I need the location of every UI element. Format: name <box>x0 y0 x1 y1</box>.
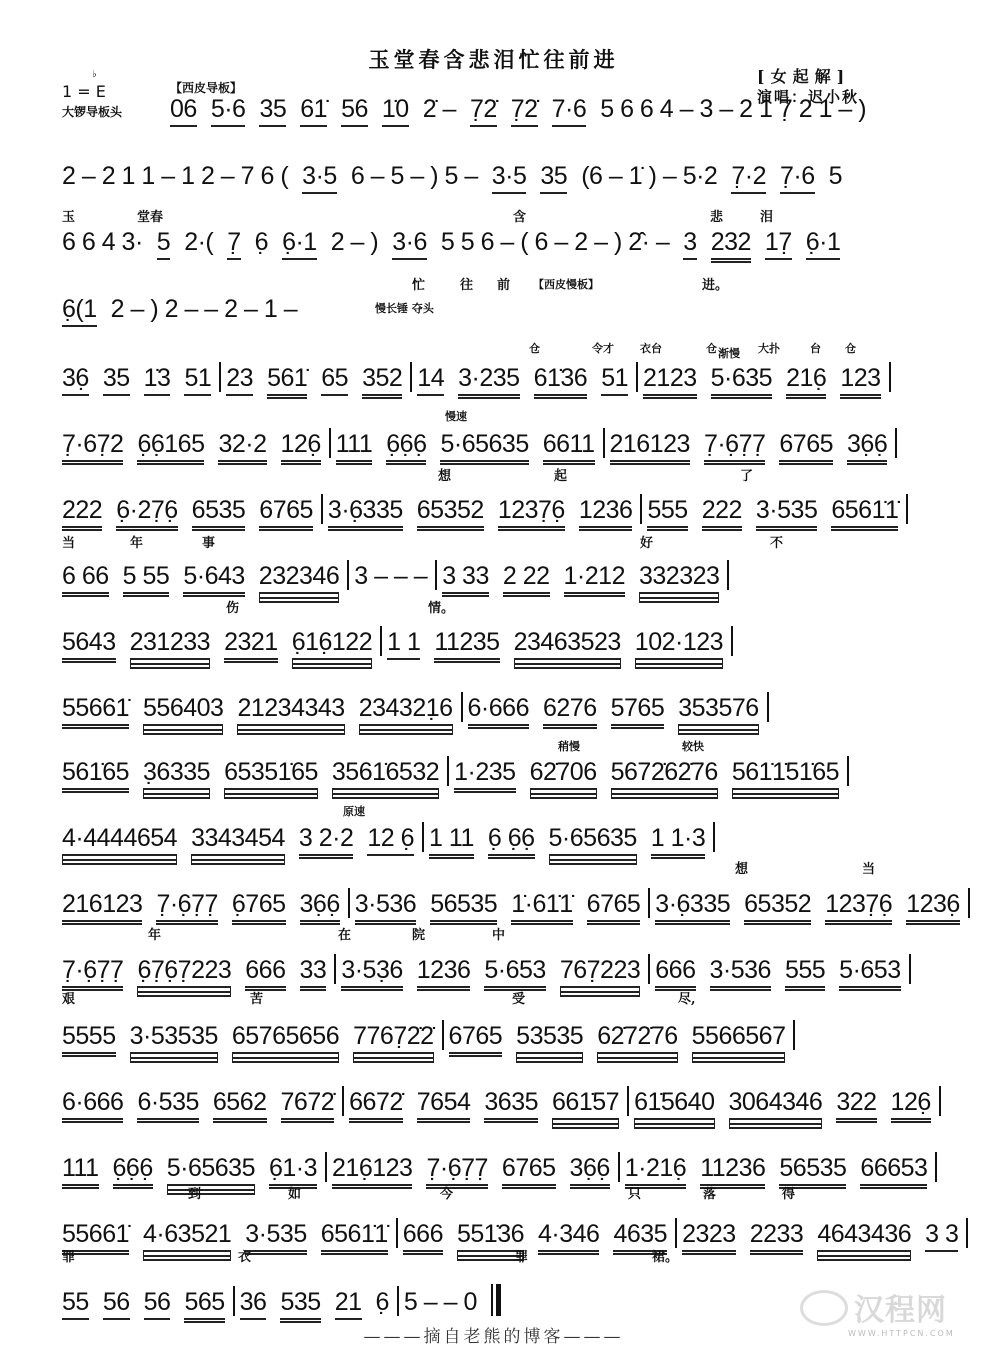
lyric-syllable: 悲 <box>710 206 723 225</box>
lyric-syllable: 得 <box>782 1183 795 1202</box>
note-group: 51 <box>184 364 211 396</box>
note-group: 6̣7̣6̣7̣223 <box>137 956 231 988</box>
note-group: 6 6 4 3· <box>62 228 143 257</box>
note-group: 6̣6̣6̣ <box>386 430 426 465</box>
note-group: 5 <box>157 228 170 260</box>
note-group: 62̇72̇76 <box>597 1022 677 1054</box>
bar-line <box>640 494 642 524</box>
note-group: 6̣·1 <box>282 228 317 260</box>
performance-mark: 较快 <box>682 738 704 754</box>
note-group: 232 <box>711 228 751 263</box>
note-group: 7̣2̇ <box>511 95 538 127</box>
note-group: 2 – 2 1 1 – 1 2 – 7 6 ( <box>62 162 288 191</box>
note-group: 1237̣6̣ <box>498 496 565 531</box>
lyric-syllable: 当 <box>62 532 75 551</box>
note-group: 1236 <box>579 496 633 531</box>
bar-line <box>909 954 911 984</box>
note-group: 2·( <box>184 228 213 257</box>
note-group: 551̇36 <box>457 1220 524 1252</box>
note-group: 5·643 <box>183 562 244 597</box>
note-group: 17̣ <box>765 228 792 260</box>
lyric-syllable: 含 <box>513 206 526 225</box>
watermark-logo-icon <box>800 1290 848 1326</box>
note-group: 3·5 <box>302 162 337 194</box>
lyric-syllable: 到 <box>188 1183 201 1202</box>
lyric-syllable: 玉 <box>62 206 75 225</box>
bar-line <box>347 560 349 590</box>
note-group: 66653 <box>860 1154 927 1189</box>
note-group: 4643436 <box>817 1220 911 1252</box>
note-group: 36̣ <box>62 364 89 396</box>
note-group: 6̣ <box>376 1288 389 1317</box>
lyric-syllable: 忙 <box>412 274 425 293</box>
bar-line <box>906 494 908 524</box>
note-group: 6561̇1̇ <box>321 1220 388 1255</box>
note-group: 5643 <box>62 628 116 663</box>
lyric-syllable: 院 <box>412 924 425 943</box>
note-group: 11235 <box>434 628 499 663</box>
note-group: 5555 <box>62 1022 116 1057</box>
lyric-syllable: 想 <box>735 858 748 877</box>
bar-line <box>321 494 323 524</box>
lyric-syllable: 落 <box>703 1183 716 1202</box>
note-group: 234321̣6 <box>359 694 453 726</box>
note-group: 23 <box>226 364 253 396</box>
lyric-syllable: 尽, <box>678 988 696 1007</box>
note-group: 126̣ <box>281 430 321 465</box>
note-group: 102·123 <box>635 628 723 660</box>
note-group: 61̇ <box>300 95 327 127</box>
note-group: 65352 <box>417 496 484 531</box>
bar-line <box>966 1218 968 1248</box>
lyric-syllable: 受 <box>512 988 525 1007</box>
bar-line <box>348 888 350 918</box>
note-group: 65765656 <box>232 1022 339 1054</box>
note-group: 62̇706 <box>530 758 597 790</box>
performance-mark: 衣台 <box>640 340 662 356</box>
note-group: 216̣ <box>786 364 826 399</box>
score-line: 6 665 555·6432323463 – – –3 332 221·2123… <box>62 560 734 597</box>
bar-line <box>442 1020 444 1050</box>
bar-line <box>219 362 221 392</box>
lyric-syllable: 罪 <box>62 1246 75 1265</box>
note-group: 3·6 <box>392 228 427 260</box>
note-group: 55 <box>62 1288 89 1320</box>
note-group: 6535 <box>192 496 246 531</box>
note-group: 666 <box>403 1220 443 1255</box>
note-group: 3 <box>683 228 696 260</box>
lyric-syllable: 年 <box>130 532 143 551</box>
note-group: 7̣2̇ <box>470 95 497 127</box>
note-group: 4·63521 <box>143 1220 231 1252</box>
note-group: 56 <box>103 1288 130 1320</box>
lyric-syllable: 只 <box>628 1183 641 1202</box>
bar-line <box>603 428 605 458</box>
bar-line <box>675 1218 677 1248</box>
note-group: 2323 <box>682 1220 736 1255</box>
score-line: 36̣351̇35123561̇65352143·23561̇365121235… <box>62 362 896 399</box>
note-group: 353576 <box>678 694 758 726</box>
lyric-syllable: 堂春 <box>137 206 163 225</box>
lyric-syllable: 事 <box>202 532 215 551</box>
note-group: 61̇36 <box>534 364 588 399</box>
note-group: 1 11 <box>429 824 474 859</box>
note-group: 1236 <box>417 956 471 991</box>
note-group: 4·4444654 <box>62 824 177 856</box>
note-group: 556403 <box>143 694 223 726</box>
note-group: 33 <box>300 956 327 991</box>
note-group: 3064346 <box>729 1088 823 1120</box>
note-group: 56 <box>144 1288 171 1320</box>
note-group: 5·653 <box>839 956 900 991</box>
performance-mark: 【西皮慢板】 <box>533 276 599 292</box>
note-group: 7672̇ <box>281 1088 335 1123</box>
lyric-syllable: 起 <box>554 465 567 484</box>
note-group: 5566567 <box>692 1022 786 1054</box>
note-group: 5·635 <box>711 364 772 399</box>
watermark-text: 汉程网 <box>854 1293 947 1328</box>
note-group: 555 <box>647 496 687 531</box>
note-group: 5·6 <box>211 95 246 127</box>
note-group: 555 <box>785 956 825 991</box>
note-group: 56535 <box>430 890 497 925</box>
note-group: 216̣123 <box>332 1154 412 1189</box>
performance-mark: 仓 <box>845 340 856 356</box>
note-group: 5 – – 0 <box>404 1288 477 1317</box>
lyric-syllable: 伤 <box>226 597 239 616</box>
note-group: 65 <box>321 364 348 396</box>
note-group: 51 <box>601 364 628 396</box>
bar-line <box>410 362 412 392</box>
note-group: 7̣·6̣7̣7̣ <box>704 430 765 465</box>
note-group: 2321 <box>224 628 278 663</box>
score-line: 6 6 4 3·52·(7̣6̣6̣·12 – ) 3·65 5 6 – ( 6… <box>62 228 854 263</box>
note-group: 231233 <box>130 628 210 660</box>
bar-line <box>329 428 331 458</box>
score-line: 55565656536535216̣5 – – 0 <box>62 1284 501 1323</box>
note-group: 6276 <box>543 694 597 729</box>
note-group: 7̣ <box>227 228 240 260</box>
note-group: 5·65635 <box>440 430 528 465</box>
note-group: 65352 <box>744 890 811 925</box>
bar-line <box>396 1218 398 1248</box>
note-group: 126̣ <box>891 1088 931 1123</box>
note-group: 1 1·3 <box>651 824 705 859</box>
note-group: 216123 <box>610 430 690 465</box>
performance-mark: 慢速 <box>445 408 467 424</box>
note-group: 3 33 <box>442 562 489 597</box>
final-bar-line-thick <box>496 1284 501 1316</box>
note-group: 666 <box>655 956 695 991</box>
lyric-syllable: 如 <box>288 1183 301 1202</box>
note-group: 222 <box>62 496 102 531</box>
note-group: 6 – 5 – ) 5 – <box>351 162 478 191</box>
note-group: 767̣223 <box>560 956 640 988</box>
note-group: (6 – 1̇ ) – 5·2 <box>581 162 717 191</box>
note-group: 56 <box>341 95 368 127</box>
note-group: 3 3 <box>925 1220 958 1252</box>
note-group: 6765 <box>779 430 833 465</box>
bar-line <box>325 1152 327 1182</box>
note-group: 61̇5640 <box>634 1088 714 1120</box>
note-group: 661̇57 <box>552 1088 619 1120</box>
key-signature: 1 = E <box>62 82 106 101</box>
note-group: 5 5 6 – ( 6 – 2 – ) 2̂· – <box>441 228 669 257</box>
lyric-syllable: 前 <box>497 274 510 293</box>
note-group: 216123 <box>62 890 142 925</box>
note-group: 7̣·6 <box>780 162 815 194</box>
note-group: 6·666 <box>62 1088 123 1123</box>
note-group: 222 <box>702 496 742 531</box>
note-group: 6̣6̣6̣ <box>113 1154 153 1189</box>
bar-line <box>636 362 638 392</box>
note-group: 232346 <box>259 562 339 594</box>
note-group: 6765 <box>259 496 313 531</box>
bar-line <box>895 428 897 458</box>
note-group: 561̇1̇51̇65 <box>732 758 839 790</box>
note-group: 06 <box>170 95 197 127</box>
lyric-syllable: 不 <box>770 532 783 551</box>
note-group: 6̣·1 <box>806 228 841 260</box>
note-group: 3 – – – <box>354 562 427 591</box>
lyric-syllable: 当 <box>862 858 875 877</box>
note-group: 2233 <box>750 1220 804 1255</box>
note-group: 6765 <box>587 890 641 925</box>
note-group: 36̣6̣ <box>570 1154 610 1189</box>
note-group: 1·235 <box>454 758 515 793</box>
note-group: 6611 <box>543 430 595 465</box>
performance-mark: 大扑 <box>758 340 780 356</box>
note-group: 2 22 <box>503 562 550 597</box>
note-group: 23463523 <box>514 628 621 660</box>
note-group: 3561̇6532 <box>332 758 439 790</box>
note-group: 65351̇65 <box>224 758 318 790</box>
performance-mark: 渐慢 <box>718 345 740 361</box>
watermark-url: WWW.HTTPCN.COM <box>848 1329 955 1338</box>
note-group: 6765 <box>449 1022 503 1057</box>
note-group: 35 <box>259 95 286 127</box>
note-group: 2 – ) 2 – – 2 – 1 – <box>111 295 297 324</box>
bar-line <box>935 1152 937 1182</box>
note-group: 6̣16̣122 <box>292 628 372 660</box>
bar-line <box>648 888 650 918</box>
note-group: 6·666 <box>468 694 529 729</box>
note-group: 6̣6̣165 <box>137 430 204 465</box>
note-group: 1236̣ <box>906 890 960 925</box>
score-line: 55553·53535657656567767̣2̇2̇67655353562̇… <box>62 1020 800 1057</box>
note-group: 21234343 <box>237 694 344 726</box>
lyric-syllable: 裙。 <box>652 1246 678 1265</box>
final-bar-line <box>491 1284 493 1316</box>
note-group: 666 <box>245 956 285 991</box>
lyric-syllable: 苦 <box>250 988 263 1007</box>
score-line: 561̇653̣633565351̇653561̇65321·23562̇706… <box>62 756 854 793</box>
note-group: 14 <box>417 364 444 396</box>
score-line: 2226̣·27̣6̣653567653·6̣335653521237̣6̣12… <box>62 494 913 531</box>
note-group: 3·6̣335 <box>328 496 403 531</box>
note-group: 3·535 <box>756 496 817 531</box>
note-group: 35 <box>540 162 567 194</box>
bar-line <box>380 626 382 656</box>
note-group: 55661̇ <box>62 694 129 729</box>
note-group: 6̣ 6̣6̣ <box>488 824 535 859</box>
note-group: 7·6 <box>552 95 587 127</box>
note-group: 3·5 <box>492 162 527 194</box>
note-group: 35 <box>103 364 130 396</box>
note-group: 3·536 <box>710 956 771 991</box>
note-group: 1̇0 <box>382 95 409 127</box>
note-group: 5 <box>829 162 842 191</box>
performance-mark: 慢长锤 夺头 <box>375 300 434 316</box>
note-group: 352 <box>362 364 402 399</box>
bar-line <box>968 888 970 918</box>
performance-mark: 令才 <box>592 340 614 356</box>
note-group: 12 6̣ <box>367 824 414 856</box>
note-group: 36 <box>240 1288 267 1320</box>
performance-mark: 仓 <box>706 340 717 356</box>
performance-mark: 稍慢 <box>558 738 580 754</box>
bar-line <box>889 362 891 392</box>
flat-sign: ♭ <box>92 69 97 80</box>
bar-line <box>627 1086 629 1116</box>
banzi-marker-intro: 【西皮导板】 <box>170 79 242 96</box>
note-group: 4·346 <box>538 1220 599 1255</box>
note-group: 535 <box>280 1288 320 1323</box>
note-group: 6 66 <box>62 562 109 597</box>
bar-line <box>793 1020 795 1050</box>
note-group: 5·65635 <box>167 1154 255 1186</box>
note-group: 3 2·2 <box>299 824 353 859</box>
lyric-syllable: 好 <box>640 532 653 551</box>
note-group: 6̣765 <box>232 890 286 925</box>
note-group: 32·2 <box>218 430 266 465</box>
score-line: 6̣(12 – ) 2 – – 2 – 1 – <box>62 295 311 327</box>
bar-line <box>939 1086 941 1116</box>
bar-line <box>422 822 424 852</box>
note-group: 3·53̣6 <box>341 956 402 991</box>
bar-line <box>233 1286 235 1316</box>
note-group: 5 6 6 4 – 3 – 2 1 7̣ 2 1 – ) <box>600 95 866 124</box>
note-group: 36̣6̣ <box>847 430 887 465</box>
bar-line <box>727 560 729 590</box>
lyric-syllable: 往 <box>460 274 473 293</box>
note-group: 5·653 <box>484 956 545 991</box>
score-line: 6·6666·53565627672̇6672̇76543635661̇5761… <box>62 1086 946 1123</box>
lyric-syllable: 衣 <box>238 1246 251 1265</box>
note-group: 3635 <box>484 1088 538 1123</box>
note-group: 53535 <box>516 1022 583 1054</box>
note-group: 123 <box>840 364 880 399</box>
lyric-syllable: 进。 <box>702 274 728 293</box>
note-group: 7767̣2̇2̇ <box>353 1022 433 1054</box>
note-group: 21 <box>335 1288 362 1320</box>
lyric-syllable: 今 <box>440 1183 453 1202</box>
bar-line <box>713 822 715 852</box>
percussion-intro-label: 大锣导板头 <box>62 103 122 120</box>
note-group: 36̣6̣ <box>300 890 340 925</box>
lyric-syllable: 想 <box>438 465 451 484</box>
performance-mark: 台 <box>810 340 821 356</box>
note-group: 2̇ – <box>423 95 456 124</box>
note-group: 7̣·67̣2 <box>62 430 123 465</box>
note-group: 6562 <box>213 1088 267 1123</box>
note-group: 3̣6335 <box>143 758 210 790</box>
bar-line <box>648 954 650 984</box>
bar-line <box>342 1086 344 1116</box>
note-group: 6·535 <box>137 1088 198 1123</box>
note-group: 111 <box>336 430 373 465</box>
score-line: 2 – 2 1 1 – 1 2 – 7 6 (3·56 – 5 – ) 5 –3… <box>62 162 856 194</box>
note-group: 1·212 <box>564 562 625 597</box>
score-line: 55661̇55640321234343234321̣66·6666276576… <box>62 692 774 729</box>
note-group: 7̣·2 <box>731 162 766 194</box>
note-group: 332323 <box>639 562 719 594</box>
note-group: 6765 <box>502 1154 556 1189</box>
note-group: 565 <box>184 1288 224 1323</box>
note-group: 561̇ <box>267 364 307 399</box>
note-group: 6561̇1̇ <box>831 496 898 531</box>
score-line: 7̣·67̣26̣6̣16532·2126̣1116̣6̣6̣5·6563566… <box>62 428 902 465</box>
note-group: 5·65635 <box>549 824 637 856</box>
bar-line <box>767 692 769 722</box>
note-group: 5672̇62̇76 <box>611 758 718 790</box>
note-group: 1 1 <box>387 628 420 660</box>
bar-line <box>397 1286 399 1316</box>
score-line: 564323123323216̣16̣1221 1112352346352310… <box>62 626 738 663</box>
note-group: 2 – ) <box>331 228 379 257</box>
note-group: 5 55 <box>123 562 170 597</box>
note-group: 3343454 <box>191 824 285 856</box>
lyric-syllable: 艰 <box>62 988 75 1007</box>
lyric-syllable: 年 <box>148 924 161 943</box>
style-tag: [女起解] <box>757 64 850 87</box>
bar-line <box>334 954 336 984</box>
note-group: 322 <box>836 1088 876 1123</box>
note-group: 3·235 <box>458 364 519 399</box>
note-group: 7̣·6̣7̣7̣ <box>62 956 123 991</box>
lyric-syllable: 了 <box>740 465 753 484</box>
note-group: 6672̇ <box>349 1088 403 1123</box>
note-group: 2123 <box>643 364 697 399</box>
note-group: 7654 <box>417 1088 471 1123</box>
lyric-syllable: 在 <box>338 924 351 943</box>
performance-mark: 仓 <box>529 340 540 356</box>
lyric-syllable: 中 <box>492 924 505 943</box>
note-group: 6̣·27̣6̣ <box>116 496 177 531</box>
bar-line <box>731 626 733 656</box>
performance-mark: 原速 <box>343 803 365 819</box>
note-group: 3·535 <box>245 1220 306 1255</box>
bar-line <box>847 756 849 786</box>
note-group: 7̣·6̣7̣7̣ <box>156 890 217 925</box>
score-line: 4·444465433434543 2·212 6̣1 116̣ 6̣6̣5·6… <box>62 822 720 859</box>
note-group: 3·53535 <box>130 1022 218 1054</box>
note-group: 7̣·6̣7̣7̣ <box>426 1154 487 1189</box>
score-line: 2161237̣·6̣7̣7̣6̣76536̣6̣3·536565351̇·61… <box>62 888 975 925</box>
note-group: 561̇65 <box>62 758 129 793</box>
note-group: 5765 <box>611 694 665 729</box>
score-line: 7̣·6̣7̣7̣6̣7̣6̣7̣223666333·53̣612365·653… <box>62 954 916 991</box>
bar-line <box>618 1152 620 1182</box>
bar-line <box>447 756 449 786</box>
note-group: 1̇3 <box>144 364 171 396</box>
note-group: 3·536 <box>355 890 416 925</box>
note-group: 6̣(1 <box>62 295 97 327</box>
lyric-syllable: 情。 <box>428 597 454 616</box>
lyric-syllable: 罪 <box>515 1246 528 1265</box>
note-group: 1̇·61̇1̇ <box>511 890 572 925</box>
score-line: 065·63561̇561̇02̇ –7̣2̇7̣2̇7·65 6 6 4 – … <box>170 95 880 127</box>
